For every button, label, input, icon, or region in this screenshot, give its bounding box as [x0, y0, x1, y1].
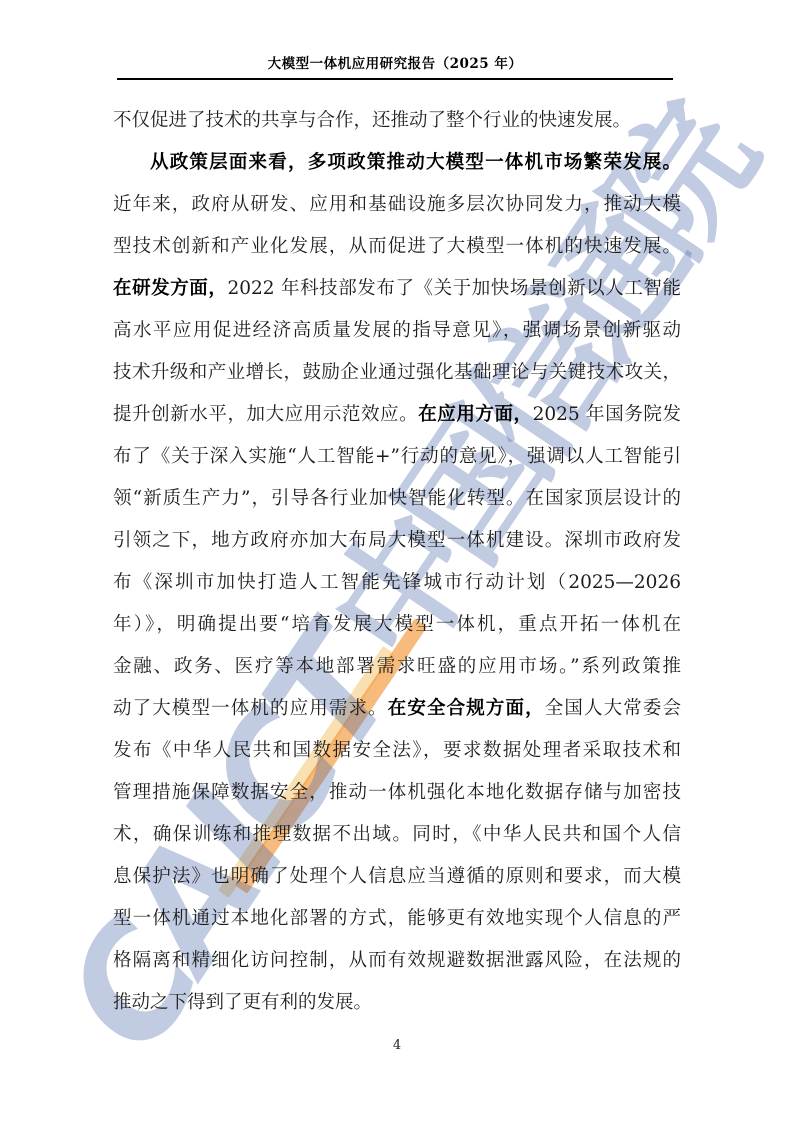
text-line: 高水平应用促进经济高质量发展的指导意见》，强调场景创新驱动	[113, 310, 681, 352]
body-text-segment: 术，确保训练和推理数据不出域。同时，《中华人民共和国个人信	[113, 824, 681, 845]
body-text-segment: 息保护法》也明确了处理个人信息应当遵循的原则和要求，而大模	[113, 866, 681, 887]
text-line: 管理措施保障数据安全，推动一体机强化本地化数据存储与加密技	[113, 772, 681, 814]
body-text-segment: 发布《中华人民共和国数据安全法》，要求数据处理者采取技术和	[113, 740, 681, 761]
body-text-segment: 领“新质生产力”，引导各行业加快智能化转型。在国家顶层设计的	[113, 488, 681, 509]
body-text-segment: 推动之下得到了更有利的发展。	[113, 992, 372, 1013]
body-text-segment: 2025 年国务院发	[533, 404, 681, 425]
body-text-segment: 年）》，明确提出要“培育发展大模型一体机，重点开拓一体机在	[113, 614, 681, 635]
body-text-segment: 全国人大常委会	[545, 698, 681, 719]
body-text-segment: 引领之下，地方政府亦加大布局大模型一体机建设。深圳市政府发	[113, 530, 681, 551]
body-text-segment: 技术升级和产业增长，鼓励企业通过强化基础理论与关键技术攻关，	[113, 362, 681, 383]
text-line: 引领之下，地方政府亦加大布局大模型一体机建设。深圳市政府发	[113, 520, 681, 562]
text-line: 发布《中华人民共和国数据安全法》，要求数据处理者采取技术和	[113, 730, 681, 772]
text-line: 在研发方面，2022 年科技部发布了《关于加快场景创新以人工智能	[113, 268, 681, 310]
text-line: 布《深圳市加快打造人工智能先锋城市行动计划（2025—2026	[113, 562, 681, 604]
emphasis-text-segment: 在研发方面，	[113, 278, 227, 299]
body-text-segment: 动了大模型一体机的应用需求。	[113, 698, 388, 719]
text-line: 动了大模型一体机的应用需求。在安全合规方面，全国人大常委会	[113, 688, 681, 730]
text-line: 技术升级和产业增长，鼓励企业通过强化基础理论与关键技术攻关，	[113, 352, 681, 394]
body-text-segment: 高水平应用促进经济高质量发展的指导意见》，强调场景创新驱动	[113, 320, 681, 341]
body-text-segment: 金融、政务、医疗等本地部署需求旺盛的应用市场。”系列政策推	[113, 656, 681, 677]
page-header-title: 大模型一体机应用研究报告（2025 年）	[117, 52, 673, 80]
report-page: CAICT 中国信通院 大模型一体机应用研究报告（2025 年） 不仅促进了技术…	[0, 0, 794, 1123]
text-line: 型一体机通过本地化部署的方式，能够更有效地实现个人信息的严	[113, 898, 681, 940]
text-line: 近年来，政府从研发、应用和基础设施多层次协同发力，推动大模	[113, 184, 681, 226]
emphasis-text-segment: 在安全合规方面，	[388, 698, 545, 719]
body-text-segment: 管理措施保障数据安全，推动一体机强化本地化数据存储与加密技	[113, 782, 681, 803]
body-text-segment: 型一体机通过本地化部署的方式，能够更有效地实现个人信息的严	[113, 908, 681, 929]
body-text-segment: 布《深圳市加快打造人工智能先锋城市行动计划（2025—2026	[113, 572, 681, 593]
text-line: 术，确保训练和推理数据不出域。同时，《中华人民共和国个人信	[113, 814, 681, 856]
text-line: 金融、政务、医疗等本地部署需求旺盛的应用市场。”系列政策推	[113, 646, 681, 688]
body-text: 不仅促进了技术的共享与合作，还推动了整个行业的快速发展。从政策层面来看，多项政策…	[113, 100, 681, 1024]
body-text-segment: 型技术创新和产业化发展，从而促进了大模型一体机的快速发展。	[113, 236, 681, 257]
text-line: 不仅促进了技术的共享与合作，还推动了整个行业的快速发展。	[113, 100, 681, 142]
emphasis-text-segment: 从政策层面来看，多项政策推动大模型一体机市场繁荣发展。	[150, 152, 681, 173]
text-line: 格隔离和精细化访问控制，从而有效规避数据泄露风险，在法规的	[113, 940, 681, 982]
text-line: 推动之下得到了更有利的发展。	[113, 982, 681, 1024]
text-line: 布了《关于深入实施“人工智能+”行动的意见》，强调以人工智能引	[113, 436, 681, 478]
text-line: 从政策层面来看，多项政策推动大模型一体机市场繁荣发展。	[113, 142, 681, 184]
body-text-segment: 不仅促进了技术的共享与合作，还推动了整个行业的快速发展。	[113, 110, 631, 131]
text-line: 提升创新水平，加大应用示范效应。在应用方面，2025 年国务院发	[113, 394, 681, 436]
body-text-segment: 布了《关于深入实施“人工智能+”行动的意见》，强调以人工智能引	[113, 446, 681, 467]
page-number: 4	[0, 1038, 794, 1053]
text-line: 型技术创新和产业化发展，从而促进了大模型一体机的快速发展。	[113, 226, 681, 268]
body-text-segment: 2022 年科技部发布了《关于加快场景创新以人工智能	[227, 278, 681, 299]
body-text-segment: 提升创新水平，加大应用示范效应。	[113, 404, 418, 425]
body-text-segment: 格隔离和精细化访问控制，从而有效规避数据泄露风险，在法规的	[113, 950, 681, 971]
text-line: 息保护法》也明确了处理个人信息应当遵循的原则和要求，而大模	[113, 856, 681, 898]
text-line: 领“新质生产力”，引导各行业加快智能化转型。在国家顶层设计的	[113, 478, 681, 520]
emphasis-text-segment: 在应用方面，	[418, 404, 532, 425]
body-text-segment: 近年来，政府从研发、应用和基础设施多层次协同发力，推动大模	[113, 194, 681, 215]
text-line: 年）》，明确提出要“培育发展大模型一体机，重点开拓一体机在	[113, 604, 681, 646]
